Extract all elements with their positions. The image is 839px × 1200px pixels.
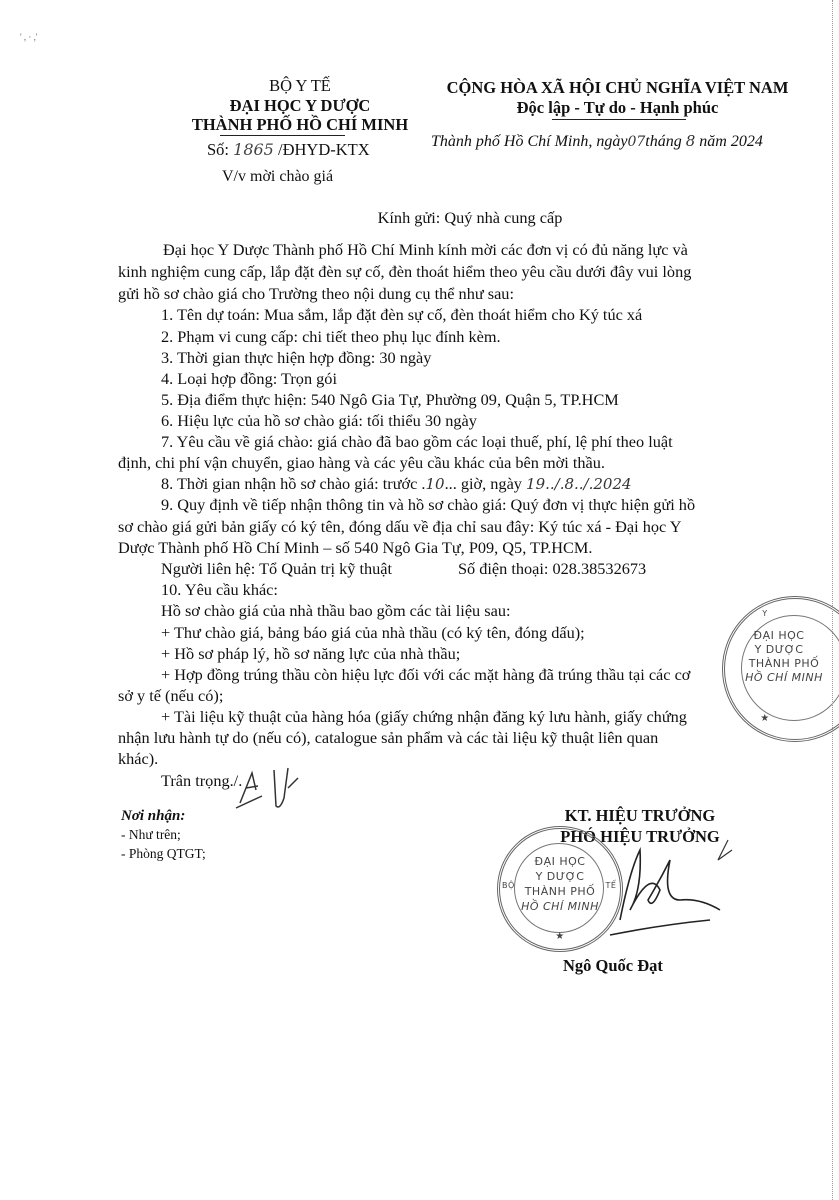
- item-9-line-1: 9. Quy định về tiếp nhận thông tin và hồ…: [161, 495, 695, 515]
- intro-line-1: Đại học Y Dược Thành phố Hồ Chí Minh kín…: [163, 240, 688, 260]
- stamp-left-text: BỘ: [502, 881, 514, 890]
- date-prefix: Thành phố Hồ Chí Minh, ngày: [431, 133, 627, 150]
- item-3: 3. Thời gian thực hiện hợp đồng: 30 ngày: [161, 348, 431, 368]
- document-date: Thành phố Hồ Chí Minh, ngày07tháng 8 năm…: [431, 132, 763, 151]
- scan-specks: ' , · ,': [20, 32, 38, 42]
- item-1: 1. Tên dự toán: Mua sắm, lắp đặt đèn sự …: [161, 305, 642, 325]
- item-4: 4. Loại hợp đồng: Trọn gói: [161, 369, 337, 389]
- item-8-prefix: 8. Thời gian nhận hồ sơ chào giá: trước …: [161, 474, 426, 493]
- subject-line: V/v mời chào giá: [222, 168, 333, 186]
- date-day-handwritten: 07: [627, 134, 645, 150]
- edge-stamp-top: Y: [725, 609, 805, 618]
- national-motto: Độc lập - Tự do - Hạnh phúc: [420, 98, 815, 118]
- university-name-line2: THÀNH PHỐ HỒ CHÍ MINH: [150, 115, 450, 135]
- doc-number-handwritten: 1865: [233, 140, 274, 159]
- recipients-title: Nơi nhận:: [121, 808, 185, 825]
- edge-stamp-line-1: ĐẠI HỌC: [739, 629, 819, 642]
- item-7-line-1: 7. Yêu cầu về giá chào: giá chào đã bao …: [161, 432, 673, 452]
- item-8-date-handwritten: 19../.8../.2024: [526, 475, 632, 493]
- ministry-name: BỘ Y TẾ: [170, 76, 430, 96]
- signature-title-line-1: KT. HIỆU TRƯỞNG: [540, 806, 740, 826]
- date-month-label: tháng: [645, 133, 681, 150]
- salutation: Kính gửi: Quý nhà cung cấp: [100, 208, 839, 228]
- edge-stamp-line-4: HỒ CHÍ MINH: [729, 671, 839, 684]
- item-10-bullet-1: + Thư chào giá, bảng báo giá của nhà thầ…: [161, 623, 585, 643]
- item-9-line-2: sơ chào giá gửi bản giấy có ký tên, đóng…: [118, 517, 681, 537]
- item-10-intro: Hồ sơ chào giá của nhà thầu bao gồm các …: [161, 601, 511, 621]
- doc-number-prefix: Số:: [207, 140, 229, 159]
- item-10-bullet-3-line-1: + Hợp đồng trúng thầu còn hiệu lực đối v…: [161, 665, 690, 685]
- item-10-bullet-4-line-3: khác).: [118, 749, 158, 769]
- university-name-line1: ĐẠI HỌC Y DƯỢC: [170, 96, 430, 116]
- header-left-underline: [220, 135, 345, 136]
- item-9-line-3: Dược Thành phố Hồ Chí Minh – số 540 Ngô …: [118, 538, 592, 558]
- closing-text: Trân trọng./.: [161, 771, 242, 791]
- motto-underline: [552, 119, 686, 120]
- edge-stamp-star-icon: ★: [725, 713, 805, 724]
- doc-number-suffix: /ĐHYD-KTX: [278, 140, 370, 159]
- recipient-item-2: - Phòng QTGT;: [121, 846, 206, 862]
- recipient-item-1: - Như trên;: [121, 827, 181, 843]
- item-7-line-2: định, chi phí vận chuyển, giao hàng và c…: [118, 453, 605, 473]
- item-8: 8. Thời gian nhận hồ sơ chào giá: trước …: [161, 474, 632, 494]
- edge-stamp: Y ĐẠI HỌC Y DƯỢC THÀNH PHỐ HỒ CHÍ MINH ★: [722, 596, 839, 742]
- initials-signature: [232, 758, 302, 813]
- intro-line-3: gửi hồ sơ chào giá cho Trường theo nội d…: [118, 284, 514, 304]
- page-edge-line: [832, 0, 834, 1200]
- item-10-bullet-4-line-2: nhận lưu hành tự do (nếu có), catalogue …: [118, 728, 658, 748]
- intro-line-2: kinh nghiệm cung cấp, lắp đặt đèn sự cố,…: [118, 262, 691, 282]
- item-5: 5. Địa điểm thực hiện: 540 Ngô Gia Tự, P…: [161, 390, 619, 410]
- item-10-bullet-4-line-1: + Tài liệu kỹ thuật của hàng hóa (giấy c…: [161, 707, 687, 727]
- item-8-mid: ... giờ, ngày: [445, 474, 522, 493]
- date-year: năm 2024: [699, 133, 763, 150]
- signer-name: Ngô Quốc Đạt: [563, 956, 663, 976]
- item-2: 2. Phạm vi cung cấp: chi tiết theo phụ l…: [161, 327, 501, 347]
- item-10-bullet-2: + Hồ sơ pháp lý, hồ sơ năng lực của nhà …: [161, 644, 460, 664]
- edge-stamp-line-2: Y DƯỢC: [739, 643, 819, 656]
- contact-person: Người liên hệ: Tổ Quản trị kỹ thuật: [161, 559, 392, 579]
- item-6: 6. Hiệu lực của hồ sơ chào giá: tối thiể…: [161, 411, 477, 431]
- edge-stamp-line-3: THÀNH PHỐ: [729, 657, 839, 670]
- country-name: CỘNG HÒA XÃ HỘI CHỦ NGHĨA VIỆT NAM: [420, 78, 815, 98]
- date-month-handwritten: 8: [686, 132, 696, 150]
- item-10: 10. Yêu cầu khác:: [161, 580, 278, 600]
- item-8-hour-handwritten: 10: [426, 475, 445, 493]
- document-number: Số: 1865 /ĐHYD-KTX: [207, 140, 370, 160]
- contact-phone: Số điện thoại: 028.38532673: [458, 559, 646, 579]
- item-10-bullet-3-line-2: sở y tế (nếu có);: [118, 686, 223, 706]
- handwritten-signature: [600, 830, 740, 940]
